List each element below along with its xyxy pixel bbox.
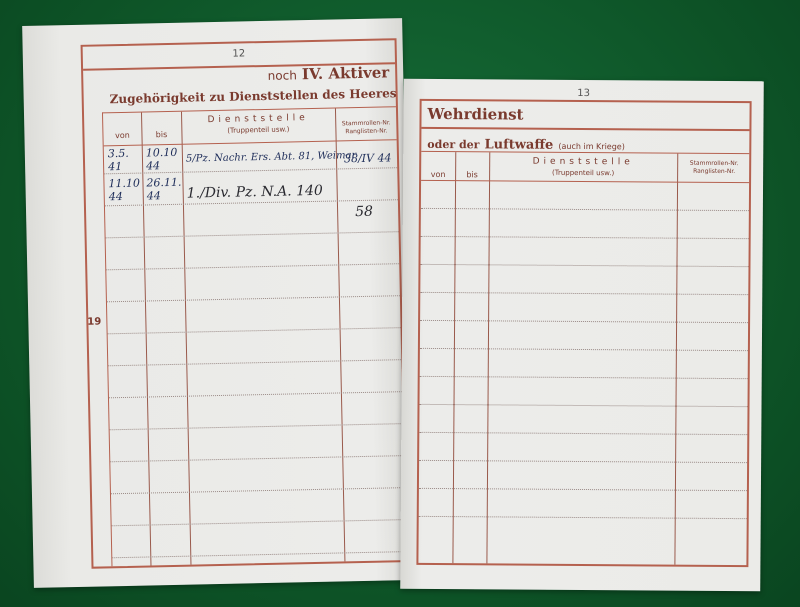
col-stammrollen: Stammrollen-Nr. (337, 119, 395, 127)
col-von: von (421, 170, 455, 179)
left-page-frame: 12 noch IV. Aktiver Zugehörigkeit zu Die… (81, 38, 408, 569)
entry-1-dienststelle: 5/Pz. Nachr. Ers. Abt. 81, Weimar (186, 150, 357, 165)
right-page: 13 Wehrdienst oder der Luftwaffe (auch i… (400, 79, 764, 592)
entry-1-bis: 10.10 44 (146, 146, 181, 173)
service-table: von bis Dienststelle (Truppenteil usw.) … (418, 151, 749, 565)
page-number: 12 (83, 45, 395, 63)
entry-1-nr: 38/IV 44 (344, 151, 392, 165)
col-dienststelle-sub: (Truppenteil usw.) (183, 125, 333, 136)
col-bis: bis (455, 170, 489, 179)
subheading-note: (auch im Kriege) (558, 142, 625, 151)
entry-2-von: 11.10 44 (108, 177, 139, 204)
entry-2-nr: 58 (355, 204, 373, 220)
left-page: 12 noch IV. Aktiver Zugehörigkeit zu Die… (22, 18, 414, 588)
right-page-frame: Wehrdienst oder der Luftwaffe (auch im K… (416, 99, 751, 567)
col-ranglisten: Ranglisten-Nr. (679, 168, 749, 175)
heading-prefix: noch (268, 68, 297, 83)
service-table: von bis Dienststelle (Truppenteil usw.) … (102, 106, 405, 566)
col-dienststelle: Dienststelle (491, 156, 675, 167)
entry-2-dienststelle: 1./Div. Pz. N.A. 140 (187, 183, 323, 202)
heading: Wehrdienst (427, 105, 523, 124)
entry-2-bis: 26.11. 44 (146, 176, 181, 203)
col-von: von (105, 131, 139, 141)
col-stammrollen: Stammrollen-Nr. (679, 160, 749, 167)
col-dienststelle: Dienststelle (183, 113, 333, 126)
col-bis: bis (143, 130, 179, 140)
heading-main: IV. Aktiver (302, 63, 390, 83)
col-dienststelle-sub: (Truppenteil usw.) (491, 168, 675, 177)
margin-number: 19 (87, 316, 101, 327)
col-ranglisten: Ranglisten-Nr. (337, 127, 395, 135)
entry-1-von: 3.5. 41 (108, 147, 139, 174)
subheading-prefix: oder der (427, 138, 479, 151)
